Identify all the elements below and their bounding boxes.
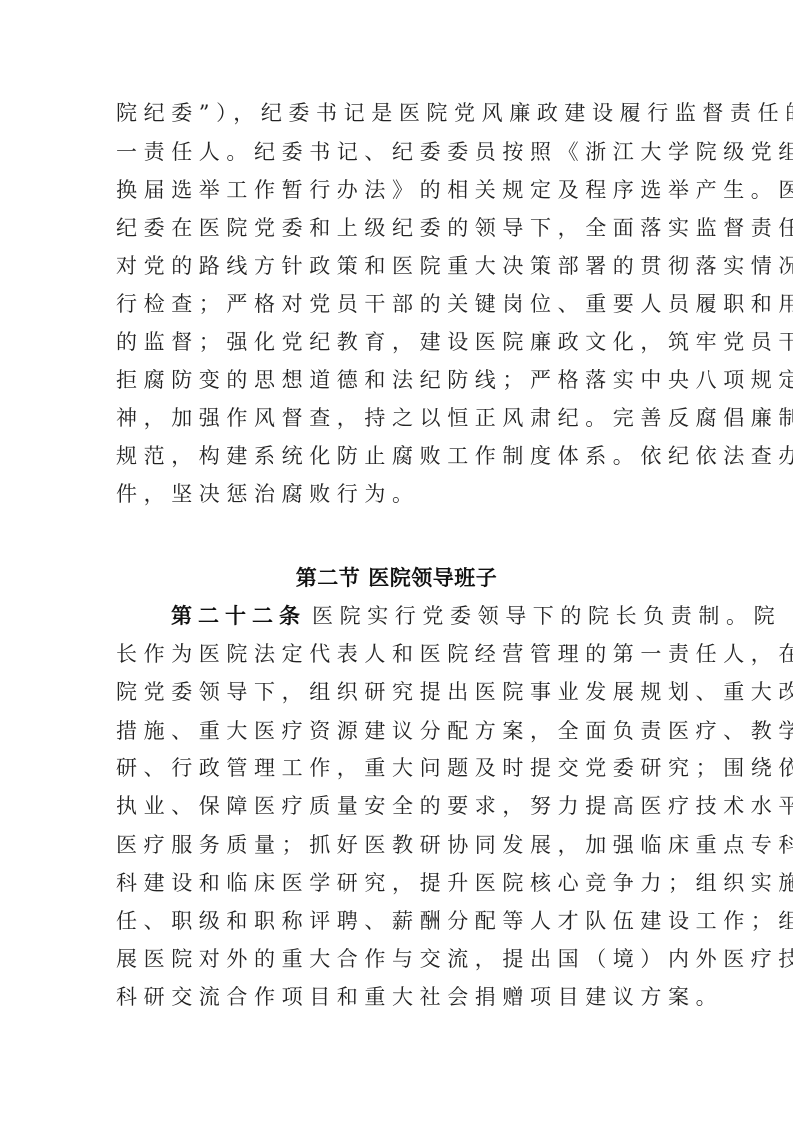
- article-first-line: 第二十二条医院实行党委领导下的院长负责制。院: [171, 601, 676, 631]
- text-line: 行检查；严格对党员干部的关键岗位、重要人员履职和用职: [116, 289, 676, 319]
- text-line: 拒腐防变的思想道德和法纪防线；严格落实中央八项规定精: [116, 365, 676, 395]
- text-line: 纪委在医院党委和上级纪委的领导下，全面落实监督责任。: [116, 213, 676, 243]
- text-line: 展医院对外的重大合作与交流，提出国（境）内外医疗技术、: [116, 944, 676, 974]
- section-number: 第二节: [296, 566, 361, 590]
- text-line: 件，坚决惩治腐败行为。: [116, 479, 676, 509]
- text-line: 执业、保障医疗质量安全的要求，努力提高医疗技术水平和: [116, 791, 676, 821]
- text-line: 科研交流合作项目和重大社会捐赠项目建议方案。: [116, 982, 676, 1012]
- text-line: 一责任人。纪委书记、纪委委员按照《浙江大学院级党组织: [116, 137, 676, 167]
- section-title: 医院领导班子: [368, 566, 497, 590]
- document-page: 院纪委”），纪委书记是医院党风廉政建设履行监督责任的第 一责任人。纪委书记、纪委…: [0, 0, 793, 1122]
- text-line: 院党委领导下，组织研究提出医院事业发展规划、重大改革: [116, 677, 676, 707]
- text-line: 的监督；强化党纪教育，建设医院廉政文化，筑牢党员干部: [116, 327, 676, 357]
- article-first-line-text: 医院实行党委领导下的院长负责制。院: [312, 604, 781, 628]
- section-heading: 第二节医院领导班子: [0, 563, 793, 593]
- text-line: 换届选举工作暂行办法》的相关规定及程序选举产生。医院: [116, 175, 676, 205]
- text-line: 长作为医院法定代表人和医院经营管理的第一责任人，在医: [116, 639, 676, 669]
- text-line: 研、行政管理工作，重大问题及时提交党委研究；围绕依法: [116, 753, 676, 783]
- text-line: 医疗服务质量；抓好医教研协同发展，加强临床重点专科学: [116, 830, 676, 860]
- text-line: 科建设和临床医学研究，提升医院核心竞争力；组织实施岗位聘: [116, 868, 676, 898]
- text-line: 院纪委”），纪委书记是医院党风廉政建设履行监督责任的第: [116, 98, 676, 128]
- text-line: 神，加强作风督查，持之以恒正风肃纪。完善反腐倡廉制度: [116, 403, 676, 433]
- text-line: 措施、重大医疗资源建议分配方案，全面负责医疗、教学、科: [116, 716, 676, 746]
- article-label: 第二十二条: [171, 604, 306, 628]
- text-line: 规范，构建系统化防止腐败工作制度体系。依纪依法查办案: [116, 441, 676, 471]
- text-line: 对党的路线方针政策和医院重大决策部署的贯彻落实情况进: [116, 251, 676, 281]
- text-line: 任、职级和职称评聘、薪酬分配等人才队伍建设工作；组织开: [116, 906, 676, 936]
